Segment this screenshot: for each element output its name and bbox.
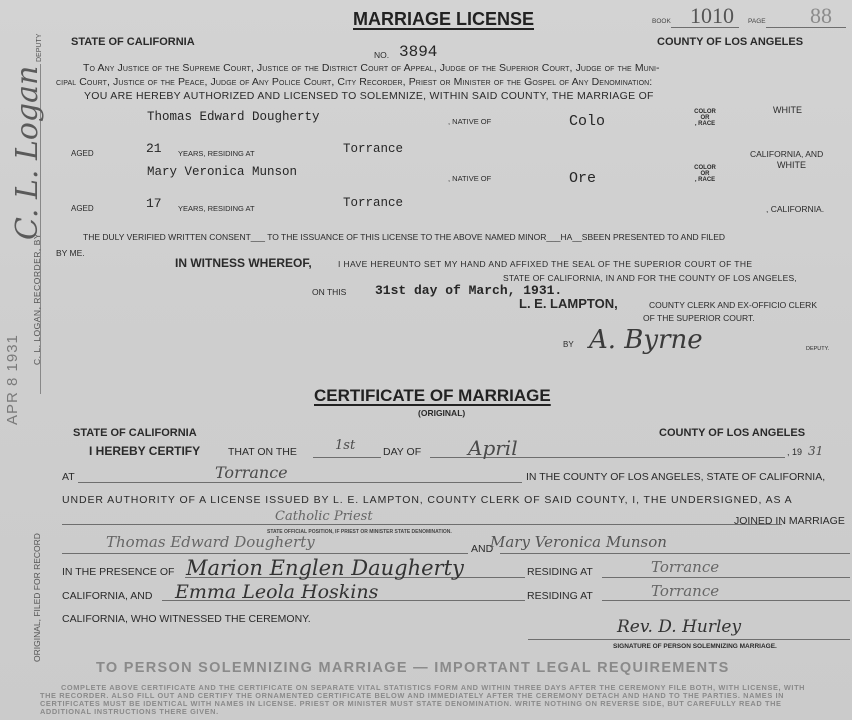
groom-signature-line [62, 553, 468, 554]
certificate-month: April [468, 436, 518, 460]
witness2-residence-line [602, 600, 850, 601]
groom-signature: Thomas Edward Dougherty [106, 533, 315, 551]
consent-text-2: BY ME. [56, 248, 85, 258]
witness1-residence-line [602, 577, 850, 578]
page-label: PAGE [748, 18, 766, 25]
witness-text-1: I HAVE HEREUNTO SET MY HAND AND AFFIXED … [338, 259, 752, 269]
license-no-label: NO. [374, 50, 389, 60]
deputy-label: DEPUTY. [806, 346, 829, 352]
groom-aged-label: AGED [71, 149, 94, 158]
clerk-title-1: COUNTY CLERK AND EX-OFFICIO CLERK [649, 300, 817, 310]
bride-race: WHITE [777, 160, 806, 170]
book-number: 1010 [690, 3, 734, 29]
bride-residence: Torrance [343, 196, 403, 210]
witness2-residing-label: RESIDING AT [527, 590, 593, 602]
recorder-signature: C. L. Logan [10, 66, 45, 240]
bride-race-label: , RACE [689, 177, 721, 183]
day-of-label: DAY OF [383, 446, 421, 458]
joined-label: JOINED IN MARRIAGE [734, 515, 845, 527]
officiant-caption: SIGNATURE OF PERSON SOLEMNIZING MARRIAGE… [613, 643, 777, 650]
license-state: STATE OF CALIFORNIA [71, 36, 195, 48]
officiant-signature-line [528, 639, 850, 640]
certificate-county: COUNTY OF LOS ANGELES [659, 427, 805, 439]
clerk-title-2: OF THE SUPERIOR COURT. [643, 313, 755, 323]
witness1-residing-label: RESIDING AT [527, 566, 593, 578]
bride-name: Mary Veronica Munson [147, 165, 297, 179]
certify-heading: I HEREBY CERTIFY [89, 444, 200, 458]
at-label: AT [62, 471, 75, 483]
marriage-document: DEPUTY C. L. Logan C. L. LOGAN, RECORDER… [0, 0, 852, 720]
page-number: 88 [810, 3, 832, 29]
page-line [766, 27, 846, 28]
bride-native-of: Ore [569, 170, 596, 187]
address-line-1: To Any Justice of the Supreme Court, Jus… [83, 62, 660, 74]
witness1-signature: Marion Englen Daugherty [186, 556, 464, 580]
groom-residence: Torrance [343, 142, 403, 156]
bride-signature: Mary Veronica Munson [490, 533, 667, 551]
at-line [78, 482, 522, 483]
groom-state-suffix: CALIFORNIA, AND [750, 149, 823, 159]
certificate-year: 31 [808, 444, 823, 458]
footer-title: TO PERSON SOLEMNIZING MARRIAGE — IMPORTA… [96, 660, 730, 676]
recorder-label: C. L. LOGAN, RECORDER, BY [32, 233, 42, 365]
groom-race: WHITE [773, 105, 802, 115]
witness2-residence: Torrance [651, 582, 719, 600]
witnessed-text: CALIFORNIA, WHO WITNESSED THE CEREMONY. [62, 613, 311, 625]
groom-name: Thomas Edward Dougherty [147, 110, 320, 124]
certificate-subtitle: (ORIGINAL) [418, 408, 465, 418]
license-county: COUNTY OF LOS ANGELES [657, 36, 803, 48]
groom-years-label: YEARS, RESIDING AT [178, 149, 255, 158]
bride-signature-line [500, 553, 850, 554]
year-prefix: , 19 [787, 447, 802, 457]
address-line-3: YOU ARE HEREBY AUTHORIZED AND LICENSED T… [84, 90, 654, 102]
certificate-title: CERTIFICATE OF MARRIAGE [314, 386, 551, 406]
consent-text: THE DULY VERIFIED WRITTEN CONSENT___ TO … [83, 232, 725, 242]
county-state-text: IN THE COUNTY OF LOS ANGELES, STATE OF C… [526, 471, 825, 483]
on-this-label: ON THIS [312, 287, 346, 297]
bride-state-suffix: , CALIFORNIA. [766, 204, 824, 214]
groom-race-label: , RACE [689, 121, 721, 127]
day-line [313, 457, 381, 458]
sidebar-deputy-label: DEPUTY [36, 34, 43, 62]
filed-date-stamp: APR 8 1931 [4, 334, 21, 425]
bride-aged-label: AGED [71, 204, 94, 213]
groom-age: 21 [146, 141, 162, 156]
by-label: BY [563, 340, 574, 349]
certificate-state: STATE OF CALIFORNIA [73, 427, 197, 439]
groom-native-label: , NATIVE OF [448, 117, 491, 126]
witness2-signature: Emma Leola Hoskins [175, 581, 378, 603]
footer-line-4: ADDITIONAL INSTRUCTIONS THERE GIVEN. [40, 708, 219, 716]
license-title: MARRIAGE LICENSE [353, 9, 534, 30]
groom-native-of: Colo [569, 113, 605, 130]
presence-label: IN THE PRESENCE OF [62, 566, 174, 578]
clerk-name: L. E. LAMPTON, [519, 296, 618, 311]
california-and-label: CALIFORNIA, AND [62, 590, 152, 602]
certificate-place: Torrance [215, 463, 288, 482]
license-number: 3894 [399, 43, 437, 61]
certificate-day: 1st [335, 438, 355, 453]
bride-age: 17 [146, 196, 162, 211]
authority-text: UNDER AUTHORITY OF A LICENSE ISSUED BY L… [62, 494, 793, 506]
witness-text-2: STATE OF CALIFORNIA, IN AND FOR THE COUN… [503, 273, 797, 283]
officiant-position: Catholic Priest [275, 509, 373, 524]
book-label: BOOK [652, 18, 671, 25]
officiant-signature: Rev. D. Hurley [617, 617, 741, 637]
filed-label: ORIGINAL, FILED FOR RECORD [32, 533, 42, 662]
position-line [62, 524, 782, 525]
witness-heading: IN WITNESS WHEREOF, [175, 256, 312, 270]
witness1-residence: Torrance [651, 558, 719, 576]
deputy-signature: A. Byrne [589, 325, 703, 355]
bride-years-label: YEARS, RESIDING AT [178, 204, 255, 213]
address-line-2: cipal Court, Justice of the Peace, Judge… [56, 76, 652, 88]
certify-text: THAT ON THE [228, 446, 297, 458]
bride-native-label: , NATIVE OF [448, 174, 491, 183]
